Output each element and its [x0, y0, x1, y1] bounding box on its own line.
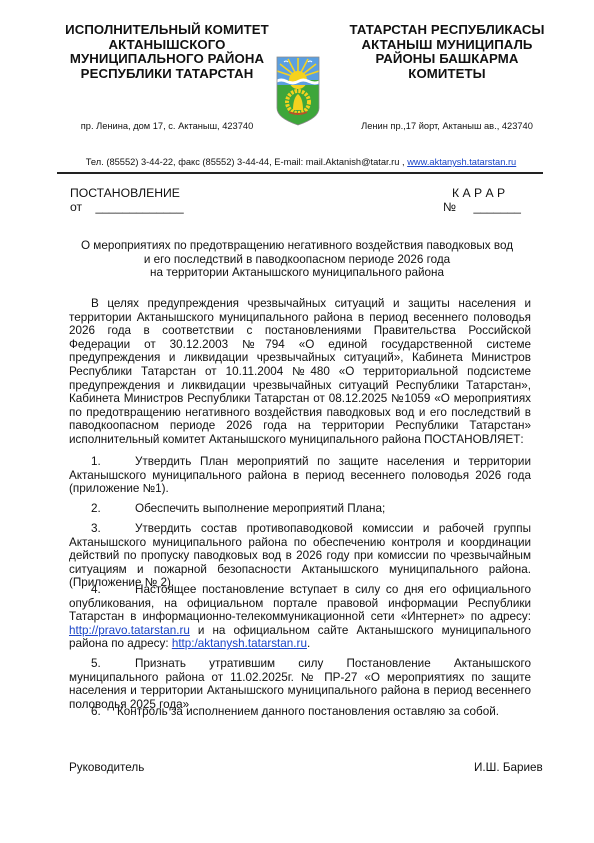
contact-line: Тел. (85552) 3-44-22, факс (85552) 3-44-… — [58, 157, 544, 167]
doc-type-russian: ПОСТАНОВЛЕНИЕ — [70, 186, 180, 200]
signatory-position: Руководитель — [69, 761, 144, 774]
item-text: Утвердить состав противопаводковой комис… — [69, 522, 531, 589]
item-text: Обеспечить выполнение мероприятий Плана; — [135, 502, 385, 515]
date-blank: _____________ — [95, 200, 183, 214]
doc-type-tatar: К А Р А Р — [452, 186, 505, 200]
address-tatar: Ленин пр.,17 йорт, Актаныш ав., 423740 — [340, 121, 554, 131]
item-number: 6. — [91, 705, 117, 719]
item-text: Утвердить План мероприятий по защите нас… — [69, 455, 531, 495]
number-label: № — [443, 200, 456, 214]
title-line: и его последствий в паводкоопасном перио… — [60, 253, 534, 267]
item-5: 5.Признать утратившим силу Постановление… — [69, 657, 531, 711]
coat-of-arms-icon — [276, 56, 320, 126]
item-4: 4.Настоящее постановление вступает в сил… — [69, 583, 531, 651]
address-russian: пр. Ленина, дом 17, с. Актаныш, 423740 — [58, 121, 276, 131]
item-text: Настоящее постановление вступает в силу … — [69, 583, 531, 623]
contact-text: Тел. (85552) 3-44-22, факс (85552) 3-44-… — [86, 157, 407, 167]
pravo-link[interactable]: http://pravo.tatarstan.ru — [69, 624, 190, 637]
item-2: 2.Обеспечить выполнение мероприятий План… — [69, 502, 531, 516]
header-separator — [57, 172, 543, 174]
issuer-line: МУНИЦИПАЛЬНОГО РАЙОНА — [58, 52, 276, 67]
item-number: 2. — [91, 502, 135, 516]
issuer-name-russian: ИСПОЛНИТЕЛЬНЫЙ КОМИТЕТ АКТАНЫШСКОГО МУНИ… — [58, 23, 276, 81]
issuer-line: РЕСПУБЛИКИ ТАТАРСТАН — [58, 67, 276, 82]
issuer-line: АКТАНЫШСКОГО — [58, 38, 276, 53]
issuer-line: РАЙОНЫ БАШКАРМА — [340, 52, 554, 67]
document-title: О мероприятиях по предотвращению негатив… — [60, 239, 534, 280]
item-1: 1.Утвердить План мероприятий по защите н… — [69, 455, 531, 496]
signatory-name: И.Ш. Бариев — [474, 761, 543, 774]
issuer-line: ТАТАРСТАН РЕСПУБЛИКАСЫ — [340, 23, 554, 38]
website-link[interactable]: www.aktanysh.tatarstan.ru — [407, 157, 516, 167]
item-text: . — [307, 637, 310, 650]
item-number: 1. — [91, 455, 135, 469]
preamble: В целях предупреждения чрезвычайных ситу… — [69, 297, 531, 447]
item-number: 3. — [91, 522, 135, 536]
issuer-line: ИСПОЛНИТЕЛЬНЫЙ КОМИТЕТ — [58, 23, 276, 38]
date-field: от _____________ — [70, 200, 184, 214]
title-line: на территории Актанышского муниципальног… — [60, 266, 534, 280]
number-field: № _______ — [443, 200, 521, 214]
issuer-line: АКТАНЫШ МУНИЦИПАЛЬ — [340, 38, 554, 53]
item-3: 3.Утвердить состав противопаводковой ком… — [69, 522, 531, 590]
title-line: О мероприятиях по предотвращению негатив… — [60, 239, 534, 253]
preamble-text: В целях предупреждения чрезвычайных ситу… — [69, 297, 531, 447]
issuer-line: КОМИТЕТЫ — [340, 67, 554, 82]
item-6: 6.Контроль за исполнением данного постан… — [69, 705, 531, 719]
number-blank: _______ — [473, 200, 520, 214]
item-number: 4. — [91, 583, 135, 597]
item-text: Признать утратившим силу Постановление А… — [69, 657, 531, 711]
item-text: Контроль за исполнением данного постанов… — [117, 705, 499, 718]
date-label: от — [70, 200, 82, 214]
item-number: 5. — [91, 657, 135, 671]
issuer-name-tatar: ТАТАРСТАН РЕСПУБЛИКАСЫ АКТАНЫШ МУНИЦИПАЛ… — [340, 23, 554, 81]
aktanysh-link[interactable]: http:/aktanysh.tatarstan.ru — [172, 637, 307, 650]
